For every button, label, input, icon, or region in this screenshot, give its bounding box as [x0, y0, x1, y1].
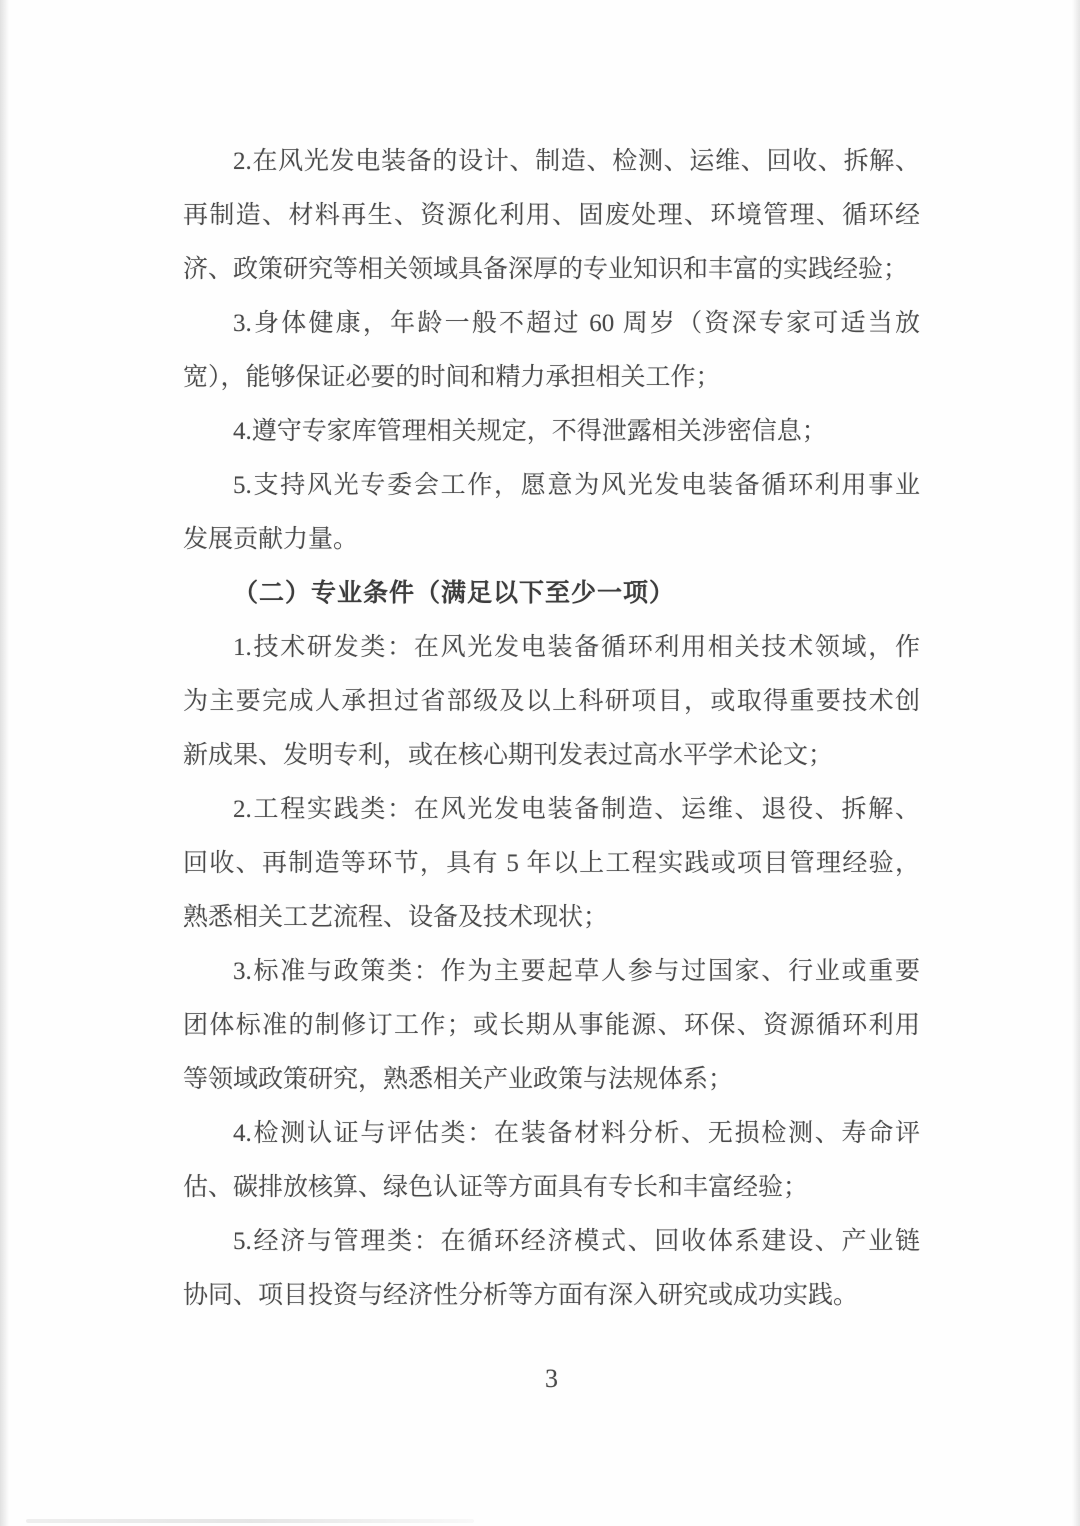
- document-page: 2.在风光发电装备的设计、制造、检测、运维、回收、拆解、再制造、材料再生、资源化…: [0, 0, 1080, 1526]
- paragraph: 1.技术研发类：在风光发电装备循环利用相关技术领域，作为主要完成人承担过省部级及…: [183, 621, 920, 783]
- text-line: 宽），能够保证必要的时间和精力承担相关工作；: [183, 351, 920, 405]
- text-line: 4.检测认证与评估类：在装备材料分析、无损检测、寿命评: [183, 1107, 920, 1161]
- text-line: 团体标准的制修订工作；或长期从事能源、环保、资源循环利用: [183, 999, 920, 1053]
- document-body: 2.在风光发电装备的设计、制造、检测、运维、回收、拆解、再制造、材料再生、资源化…: [183, 135, 920, 1323]
- paragraph: 3.标准与政策类：作为主要起草人参与过国家、行业或重要团体标准的制修订工作；或长…: [183, 945, 920, 1107]
- text-line: 5.经济与管理类：在循环经济模式、回收体系建设、产业链: [183, 1215, 920, 1269]
- paragraph: 5.经济与管理类：在循环经济模式、回收体系建设、产业链协同、项目投资与经济性分析…: [183, 1215, 920, 1323]
- paragraph: 3.身体健康，年龄一般不超过 60 周岁（资深专家可适当放宽），能够保证必要的时…: [183, 297, 920, 405]
- text-line: 2.工程实践类：在风光发电装备制造、运维、退役、拆解、: [183, 783, 920, 837]
- paragraph: 2.在风光发电装备的设计、制造、检测、运维、回收、拆解、再制造、材料再生、资源化…: [183, 135, 920, 297]
- paragraph: 5.支持风光专委会工作，愿意为风光发电装备循环利用事业发展贡献力量。: [183, 459, 920, 567]
- text-line: 2.在风光发电装备的设计、制造、检测、运维、回收、拆解、: [183, 135, 920, 189]
- paragraph: 4.遵守专家库管理相关规定，不得泄露相关涉密信息；: [183, 405, 920, 459]
- scan-edge-bottom-artifact: [26, 1519, 474, 1523]
- text-line: 为主要完成人承担过省部级及以上科研项目，或取得重要技术创: [183, 675, 920, 729]
- section-heading: （二）专业条件（满足以下至少一项）: [183, 567, 920, 621]
- scan-edge-left-artifact: [0, 0, 9, 1526]
- text-line: 新成果、发明专利，或在核心期刊发表过高水平学术论文；: [183, 729, 920, 783]
- text-line: 等领域政策研究，熟悉相关产业政策与法规体系；: [183, 1053, 920, 1107]
- text-line: 3.标准与政策类：作为主要起草人参与过国家、行业或重要: [183, 945, 920, 999]
- text-line: 再制造、材料再生、资源化利用、固废处理、环境管理、循环经: [183, 189, 920, 243]
- scan-edge-right-artifact: [1072, 0, 1080, 1526]
- text-line: 3.身体健康，年龄一般不超过 60 周岁（资深专家可适当放: [183, 297, 920, 351]
- text-line: （二）专业条件（满足以下至少一项）: [183, 567, 920, 621]
- text-line: 估、碳排放核算、绿色认证等方面具有专长和丰富经验；: [183, 1161, 920, 1215]
- text-line: 1.技术研发类：在风光发电装备循环利用相关技术领域，作: [183, 621, 920, 675]
- paragraph: 2.工程实践类：在风光发电装备制造、运维、退役、拆解、回收、再制造等环节，具有 …: [183, 783, 920, 945]
- text-line: 协同、项目投资与经济性分析等方面有深入研究或成功实践。: [183, 1269, 920, 1323]
- paragraph: 4.检测认证与评估类：在装备材料分析、无损检测、寿命评估、碳排放核算、绿色认证等…: [183, 1107, 920, 1215]
- text-line: 4.遵守专家库管理相关规定，不得泄露相关涉密信息；: [183, 405, 920, 459]
- text-line: 济、政策研究等相关领域具备深厚的专业知识和丰富的实践经验；: [183, 243, 920, 297]
- page-number: 3: [183, 1352, 920, 1406]
- text-line: 熟悉相关工艺流程、设备及技术现状；: [183, 891, 920, 945]
- text-line: 回收、再制造等环节，具有 5 年以上工程实践或项目管理经验，: [183, 837, 920, 891]
- text-line: 发展贡献力量。: [183, 513, 920, 567]
- text-line: 5.支持风光专委会工作，愿意为风光发电装备循环利用事业: [183, 459, 920, 513]
